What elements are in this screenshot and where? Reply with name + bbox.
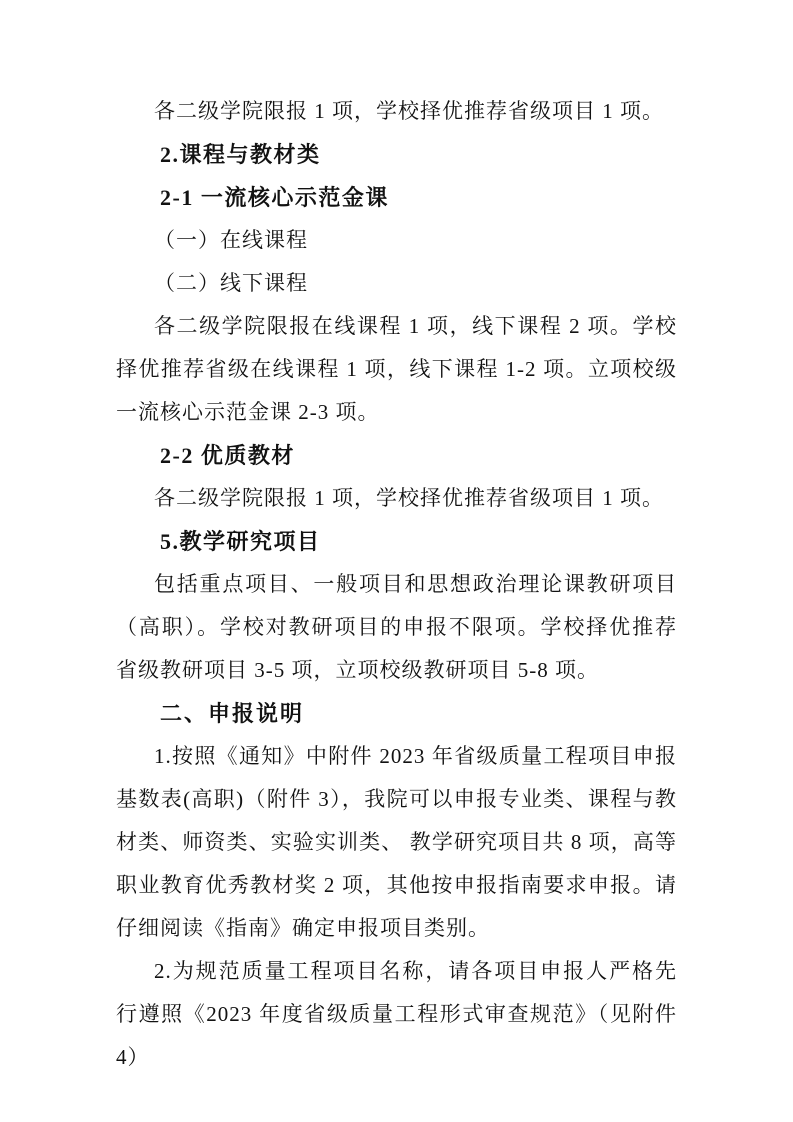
heading-teaching-research-project: 5.教学研究项目 xyxy=(116,520,677,563)
paragraph-instruction-1: 1.按照《通知》中附件 2023 年省级质量工程项目申报基数表(高职)（附件 3… xyxy=(116,735,677,950)
item-offline-course: （二）线下课程 xyxy=(116,262,677,305)
item-online-course: （一）在线课程 xyxy=(116,219,677,262)
paragraph-textbook-quota: 各二级学院限报 1 项，学校择优推荐省级项目 1 项。 xyxy=(116,477,677,520)
heading-quality-textbook: 2-2 优质教材 xyxy=(116,434,677,477)
heading-courses-and-materials: 2.课程与教材类 xyxy=(116,133,677,176)
paragraph-quota-limit: 各二级学院限报 1 项，学校择优推荐省级项目 1 项。 xyxy=(116,90,677,133)
paragraph-instruction-2: 2.为规范质量工程项目名称，请各项目申报人严格先行遵照《2023 年度省级质量工… xyxy=(116,950,677,1079)
heading-core-demo-gold-course: 2-1 一流核心示范金课 xyxy=(116,176,677,219)
paragraph-research-project-quota: 包括重点项目、一般项目和思想政治理论课教研项目（高职）。学校对教研项目的申报不限… xyxy=(116,563,677,692)
paragraph-course-quota: 各二级学院限报在线课程 1 项，线下课程 2 项。学校择优推荐省级在线课程 1 … xyxy=(116,305,677,434)
document-page: 各二级学院限报 1 项，学校择优推荐省级项目 1 项。 2.课程与教材类 2-1… xyxy=(0,0,793,1122)
heading-application-instructions: 二、申报说明 xyxy=(116,692,677,735)
